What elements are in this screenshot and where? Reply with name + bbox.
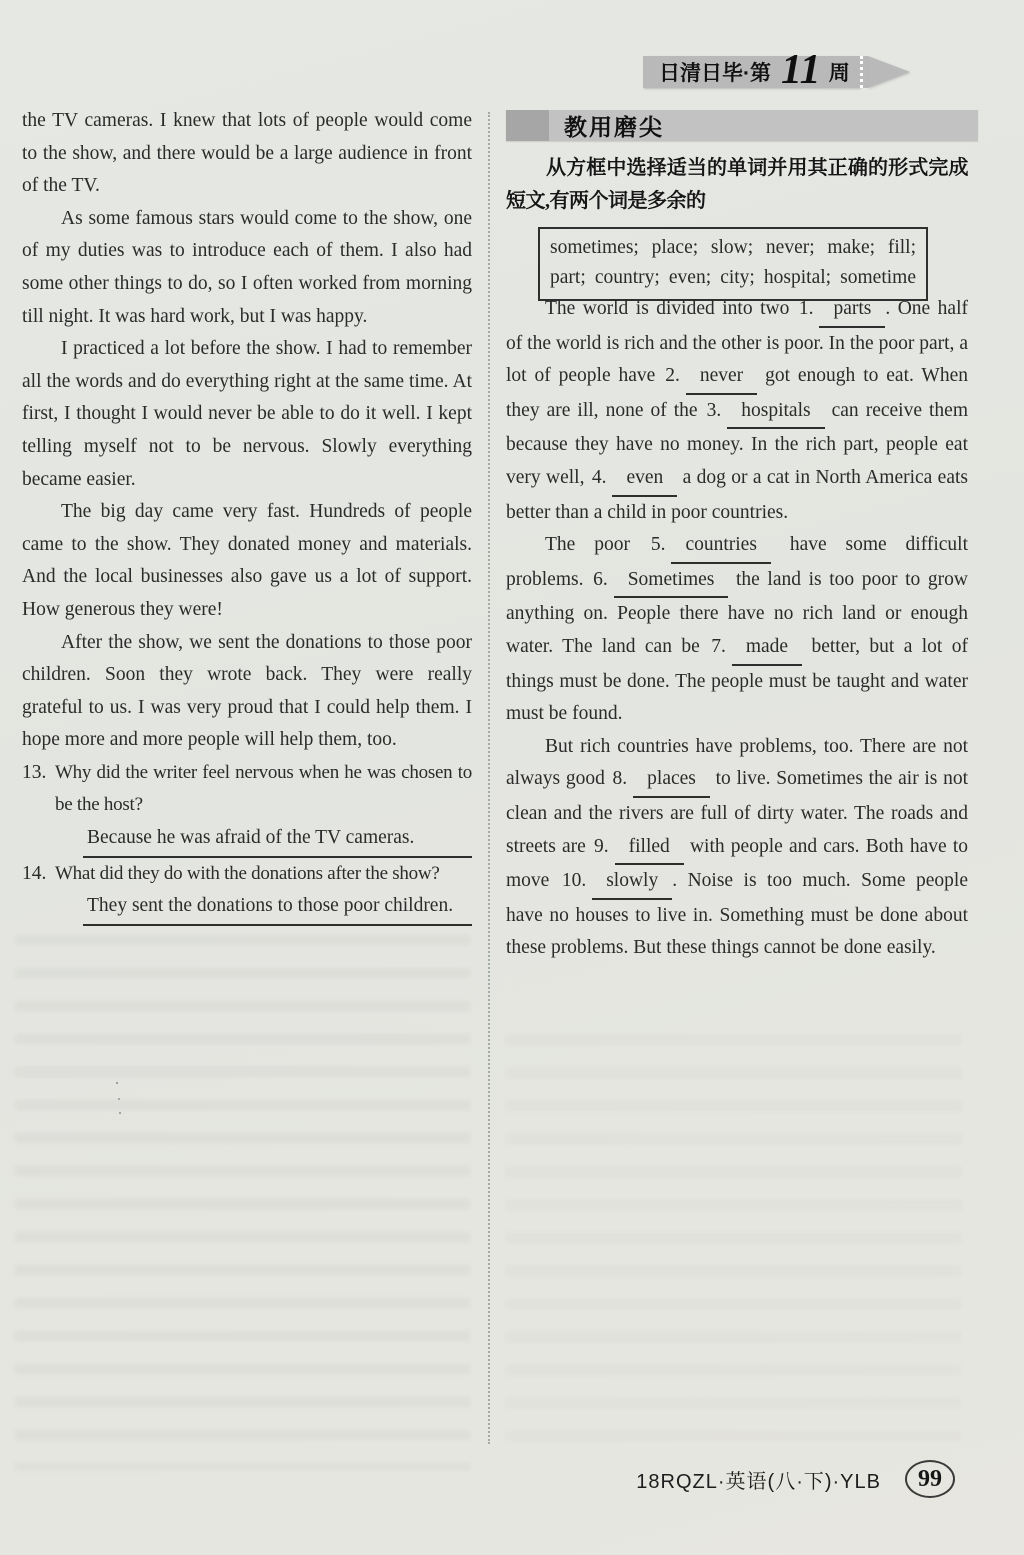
page-number: 99 bbox=[918, 1466, 942, 1493]
cloze-blank: 2.never bbox=[663, 365, 757, 386]
ink-speckle bbox=[116, 1082, 118, 1084]
cloze-blank: 6.Sometimes bbox=[591, 569, 728, 590]
blank-number: 9. bbox=[592, 836, 615, 857]
section-banner-accent bbox=[506, 110, 549, 141]
arrow-right-icon bbox=[868, 56, 910, 88]
footer-imprint: 18RQZL·英语(八·下)·YLB bbox=[636, 1465, 881, 1494]
reading-paragraph: I practiced a lot before the show. I had… bbox=[22, 333, 472, 496]
blank-number: 4. bbox=[590, 467, 613, 488]
reading-paragraph: As some famous stars would come to the s… bbox=[22, 203, 472, 333]
cloze-blank: 10.slowly bbox=[560, 870, 672, 891]
week-banner-suffix: 周 bbox=[829, 57, 850, 87]
cloze-paragraph: The poor 5.countries have some difficult… bbox=[506, 529, 968, 731]
question-number: 14. bbox=[22, 858, 46, 891]
cloze-passage: The world is divided into two 1.parts. O… bbox=[506, 293, 968, 965]
cloze-paragraph: The world is divided into two 1.parts. O… bbox=[506, 293, 968, 529]
week-banner: 日清日毕·第 11 周 bbox=[643, 56, 910, 88]
question-text: Why did the writer feel nervous when he … bbox=[55, 762, 472, 816]
column-divider bbox=[488, 112, 490, 1444]
cloze-blank: 9.filled bbox=[592, 836, 684, 857]
question-item: 13.Why did the writer feel nervous when … bbox=[22, 757, 472, 858]
bleed-through-texture-right bbox=[506, 1035, 961, 1455]
blank-answer: never bbox=[686, 360, 757, 395]
blank-answer: Sometimes bbox=[614, 564, 729, 599]
blank-number: 2. bbox=[663, 365, 686, 386]
blank-number: 10. bbox=[560, 870, 592, 891]
cloze-blank: 5.countries bbox=[649, 534, 771, 555]
week-banner-dotted-separator bbox=[860, 56, 868, 88]
blank-answer: parts bbox=[819, 293, 885, 328]
section-banner: 教用磨尖 bbox=[506, 110, 978, 141]
blank-answer: slowly bbox=[592, 865, 672, 900]
cloze-paragraph: But rich countries have problems, too. T… bbox=[506, 731, 968, 965]
question-item: 14.What did they do with the donations a… bbox=[22, 858, 472, 926]
blank-answer: even bbox=[612, 462, 677, 497]
week-banner-bar: 日清日毕·第 11 周 bbox=[643, 56, 860, 88]
blank-number: 7. bbox=[709, 636, 732, 657]
question-number: 13. bbox=[22, 757, 46, 790]
cloze-blank: 4.even bbox=[590, 467, 677, 488]
blank-number: 1. bbox=[797, 298, 820, 319]
blank-answer: made bbox=[732, 631, 802, 666]
word-box-line: sometimes; place; slow; never; make; fil… bbox=[550, 233, 916, 263]
week-banner-prefix: 日清日毕·第 bbox=[659, 57, 771, 87]
cloze-blank: 7.made bbox=[709, 636, 802, 657]
cloze-blank: 8.places bbox=[611, 768, 710, 789]
word-box: sometimes; place; slow; never; make; fil… bbox=[538, 227, 928, 301]
bleed-through-texture-left bbox=[15, 935, 470, 1470]
section-title: 教用磨尖 bbox=[564, 109, 664, 142]
blank-answer: countries bbox=[671, 529, 770, 564]
scanned-workbook-page: 日清日毕·第 11 周 the TV cameras. I knew that … bbox=[0, 0, 1024, 1555]
cloze-blank: 1.parts bbox=[797, 298, 886, 319]
blank-answer: filled bbox=[615, 831, 684, 866]
page-number-badge: 99 bbox=[905, 1460, 955, 1498]
reading-paragraph: the TV cameras. I knew that lots of peop… bbox=[22, 105, 472, 203]
blank-number: 8. bbox=[611, 768, 634, 789]
reading-paragraphs: the TV cameras. I knew that lots of peop… bbox=[22, 105, 472, 757]
question-answer: They sent the donations to those poor ch… bbox=[83, 890, 472, 926]
word-box-line: part; country; even; city; hospital; som… bbox=[550, 263, 916, 293]
blank-number: 6. bbox=[591, 569, 614, 590]
reading-paragraph: The big day came very fast. Hundreds of … bbox=[22, 496, 472, 626]
question-answer: Because he was afraid of the TV cameras. bbox=[83, 822, 472, 858]
blank-answer: hospitals bbox=[727, 395, 824, 430]
question-text: What did they do with the donations afte… bbox=[55, 863, 440, 884]
reading-column: the TV cameras. I knew that lots of peop… bbox=[22, 105, 472, 926]
questions: 13.Why did the writer feel nervous when … bbox=[22, 757, 472, 926]
footer: 18RQZL·英语(八·下)·YLB 99 bbox=[0, 1460, 1024, 1498]
blank-number: 3. bbox=[705, 400, 728, 421]
blank-number: 5. bbox=[649, 534, 672, 555]
cloze-blank: 3.hospitals bbox=[705, 400, 825, 421]
reading-paragraph: After the show, we sent the donations to… bbox=[22, 627, 472, 757]
exercise-instructions: 从方框中选择适当的单词并用其正确的形式完成短文,有两个词是多余的 bbox=[506, 152, 968, 218]
blank-answer: places bbox=[633, 763, 710, 798]
week-number: 11 bbox=[771, 55, 829, 85]
